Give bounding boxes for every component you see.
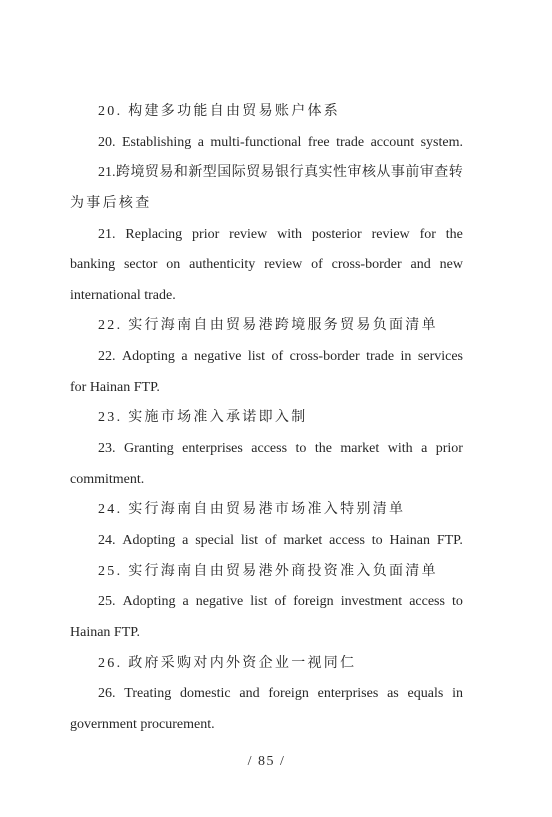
- line-token: 行: [290, 158, 304, 189]
- document-line-zh: 25. 实行海南自由贸易港外商投资准入负面清单: [70, 557, 463, 588]
- line-token: enterprises: [318, 679, 379, 710]
- line-token: Replacing: [125, 220, 182, 251]
- document-line-en: commitment.: [70, 465, 463, 496]
- line-token: 21.: [98, 220, 116, 251]
- line-token: 查: [434, 158, 448, 189]
- line-token: 境: [130, 158, 144, 189]
- line-token: a: [421, 434, 427, 465]
- document-line-en: 22.Adoptinganegativelistofcross-bordertr…: [70, 342, 463, 373]
- line-token: 型: [203, 158, 217, 189]
- line-token: foreign: [268, 679, 308, 710]
- line-token: of: [272, 342, 284, 373]
- line-token: the: [315, 434, 332, 465]
- line-token: 国: [217, 158, 231, 189]
- line-token: in: [401, 342, 412, 373]
- page-number: / 85 /: [70, 747, 463, 777]
- line-token: a: [182, 526, 188, 557]
- line-token: foreign: [293, 587, 333, 618]
- line-token: 23.: [98, 434, 116, 465]
- line-token: list: [241, 526, 258, 557]
- line-token: in: [452, 679, 463, 710]
- line-token: and: [239, 679, 259, 710]
- document-body: 20. 构建多功能自由贸易账户体系20.Establishingamulti-f…: [70, 97, 463, 740]
- line-token: 事: [391, 158, 405, 189]
- line-token: access: [251, 434, 287, 465]
- line-token: 核: [362, 158, 376, 189]
- line-token: access: [409, 587, 445, 618]
- line-token: for: [420, 220, 436, 251]
- document-line-en: 20.Establishingamulti-functionalfreetrad…: [70, 128, 463, 159]
- document-page: 20. 构建多功能自由贸易账户体系20.Establishingamulti-f…: [0, 0, 552, 817]
- document-line-zh: 23. 实施市场准入承诺即入制: [70, 403, 463, 434]
- line-token: list: [250, 587, 267, 618]
- document-line-en: international trade.: [70, 281, 463, 312]
- line-token: access: [329, 526, 365, 557]
- line-token: to: [372, 526, 383, 557]
- line-token: multi-functional: [210, 128, 301, 159]
- line-token: sector: [124, 250, 157, 281]
- line-token: authenticity: [189, 250, 255, 281]
- line-token: Treating: [124, 679, 171, 710]
- line-token: Adopting: [122, 526, 175, 557]
- document-line-en: bankingsectoronauthenticityreviewofcross…: [70, 250, 463, 281]
- document-line-zh: 21.跨境贸易和新型国际贸易银行真实性审核从事前审查转: [70, 158, 463, 189]
- line-token: free: [308, 128, 330, 159]
- line-token: 22.: [98, 342, 116, 373]
- line-token: enterprises: [182, 434, 243, 465]
- document-line-zh: 20. 构建多功能自由贸易账户体系: [70, 97, 463, 128]
- line-token: Granting: [124, 434, 174, 465]
- line-token: 24.: [98, 526, 116, 557]
- line-token: Adopting: [123, 587, 176, 618]
- document-line-en: Hainan FTP.: [70, 618, 463, 649]
- line-token: FTP.: [437, 526, 463, 557]
- line-token: Establishing: [122, 128, 191, 159]
- line-token: services: [418, 342, 463, 373]
- line-token: 跨: [116, 158, 130, 189]
- line-token: 真: [304, 158, 318, 189]
- line-token: with: [277, 220, 302, 251]
- line-token: cross-border: [290, 342, 360, 373]
- line-token: 25.: [98, 587, 116, 618]
- line-token: review: [372, 220, 410, 251]
- line-token: domestic: [180, 679, 231, 710]
- line-token: 性: [333, 158, 347, 189]
- line-token: of: [311, 250, 323, 281]
- line-token: 实: [319, 158, 333, 189]
- line-token: system.: [421, 128, 463, 159]
- line-token: 26.: [98, 679, 116, 710]
- line-token: Adopting: [122, 342, 175, 373]
- line-token: trade: [336, 128, 364, 159]
- line-token: of: [265, 526, 277, 557]
- document-line-en: 25.Adoptinganegativelistofforeigninvestm…: [70, 587, 463, 618]
- line-token: with: [388, 434, 413, 465]
- line-token: negative: [194, 342, 241, 373]
- line-token: as: [387, 679, 399, 710]
- line-token: 20.: [98, 128, 116, 159]
- line-token: investment: [341, 587, 402, 618]
- line-token: 银: [275, 158, 289, 189]
- line-token: 际: [232, 158, 246, 189]
- line-token: 审: [347, 158, 361, 189]
- line-token: market: [283, 526, 322, 557]
- line-token: 易: [261, 158, 275, 189]
- line-token: 贸: [246, 158, 260, 189]
- line-token: review: [264, 250, 302, 281]
- document-line-zh: 26. 政府采购对内外资企业一视同仁: [70, 649, 463, 680]
- line-token: negative: [196, 587, 243, 618]
- document-line-zh: 24. 实行海南自由贸易港市场准入特别清单: [70, 495, 463, 526]
- line-token: Hainan: [390, 526, 430, 557]
- line-token: account: [371, 128, 415, 159]
- line-token: new: [440, 250, 463, 281]
- line-token: a: [198, 128, 204, 159]
- document-line-zh: 22. 实行海南自由贸易港跨境服务贸易负面清单: [70, 311, 463, 342]
- line-token: 转: [449, 158, 463, 189]
- document-line-zh: 为事后核查: [70, 189, 463, 220]
- line-token: of: [274, 587, 286, 618]
- line-token: 和: [174, 158, 188, 189]
- document-line-en: 24.AdoptingaspeciallistofmarketaccesstoH…: [70, 526, 463, 557]
- line-token: 前: [405, 158, 419, 189]
- document-line-en: 26.Treatingdomesticandforeignenterprises…: [70, 679, 463, 710]
- line-token: a: [183, 587, 189, 618]
- line-token: banking: [70, 250, 115, 281]
- line-token: equals: [408, 679, 444, 710]
- line-token: trade: [366, 342, 394, 373]
- line-token: a: [181, 342, 187, 373]
- document-line-en: 21.Replacingpriorreviewwithposteriorrevi…: [70, 220, 463, 251]
- line-token: to: [296, 434, 307, 465]
- line-token: 从: [376, 158, 390, 189]
- line-token: 21.: [98, 158, 116, 189]
- line-token: prior: [192, 220, 219, 251]
- line-token: 新: [188, 158, 202, 189]
- line-token: on: [166, 250, 180, 281]
- line-token: and: [411, 250, 431, 281]
- line-token: special: [195, 526, 234, 557]
- document-line-en: government procurement.: [70, 710, 463, 741]
- document-line-en: for Hainan FTP.: [70, 373, 463, 404]
- document-line-en: 23.Grantingenterprisesaccesstothemarketw…: [70, 434, 463, 465]
- line-token: cross-border: [332, 250, 402, 281]
- line-token: posterior: [312, 220, 362, 251]
- line-token: list: [248, 342, 265, 373]
- line-token: to: [452, 587, 463, 618]
- line-token: 审: [420, 158, 434, 189]
- line-token: prior: [436, 434, 463, 465]
- line-token: market: [340, 434, 379, 465]
- line-token: 易: [159, 158, 173, 189]
- line-token: the: [446, 220, 463, 251]
- line-token: 贸: [145, 158, 159, 189]
- line-token: review: [229, 220, 267, 251]
